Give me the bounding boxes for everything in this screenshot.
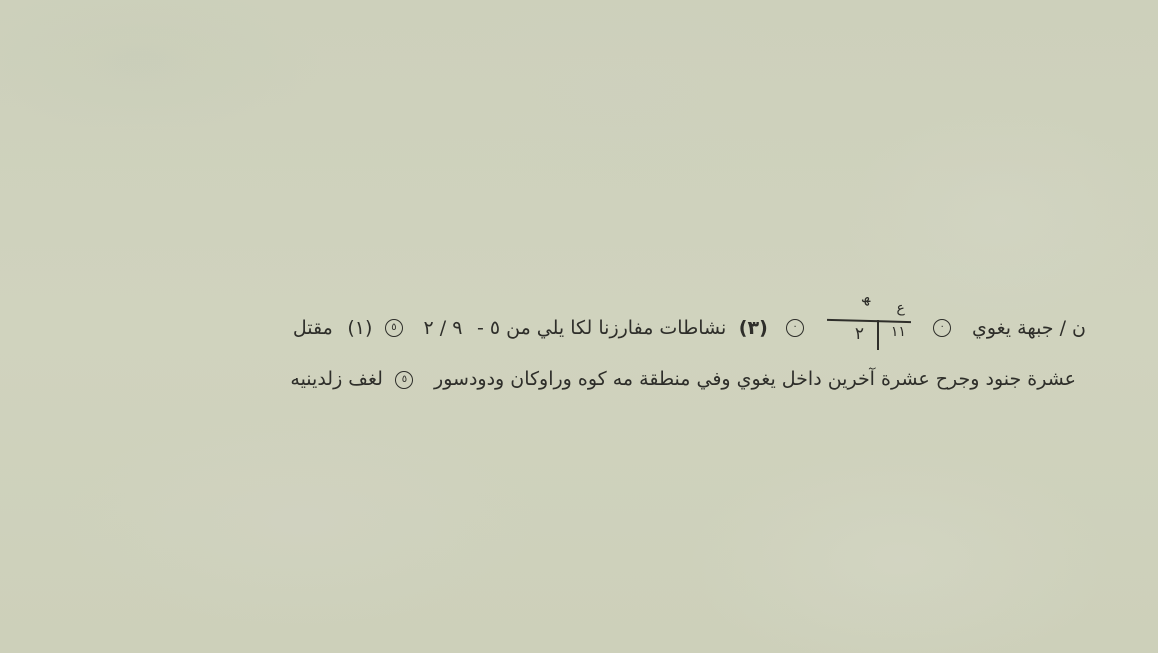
line-2-text: عشرة جنود وجرح عشرة آخرين داخل يغوي وفي … [434,368,1076,390]
line-2-closing: لغف زلدينيه [290,368,383,390]
item-number: (١) [347,317,372,339]
line-1-opening: ن / جبهة يغوي [972,317,1086,339]
line-1-closing: مقتل [293,317,333,339]
fraction-bar [827,319,911,323]
fraction-right-number: ١١ [891,324,906,340]
circled-mark-1: · [933,319,951,337]
line-1-body: نشاطات مفارزنا لكا يلي من ٥ - [477,317,726,339]
document-line-1: ن / جبهة يغوي · ﮫ ع ٢ ١١ · (٣) نشاطات مف… [285,308,1086,348]
circled-mark-2: · [786,319,804,337]
fraction-right-mark: ع [897,300,905,316]
fraction-notation: ﮫ ع ٢ ١١ [827,308,911,348]
fraction-superscript: ﮫ [861,288,870,306]
fraction-left-number: ٢ [855,324,864,344]
circled-mark-4: ٥ [395,371,413,389]
line-1-date: ٩ / ٢ [423,317,462,339]
document-line-2: عشرة جنود وجرح عشرة آخرين داخل يغوي وفي … [282,368,1076,390]
fraction-divider [877,320,879,350]
circled-mark-3: ٥ [385,319,403,337]
parenthetical-mark: (٣) [739,317,768,339]
